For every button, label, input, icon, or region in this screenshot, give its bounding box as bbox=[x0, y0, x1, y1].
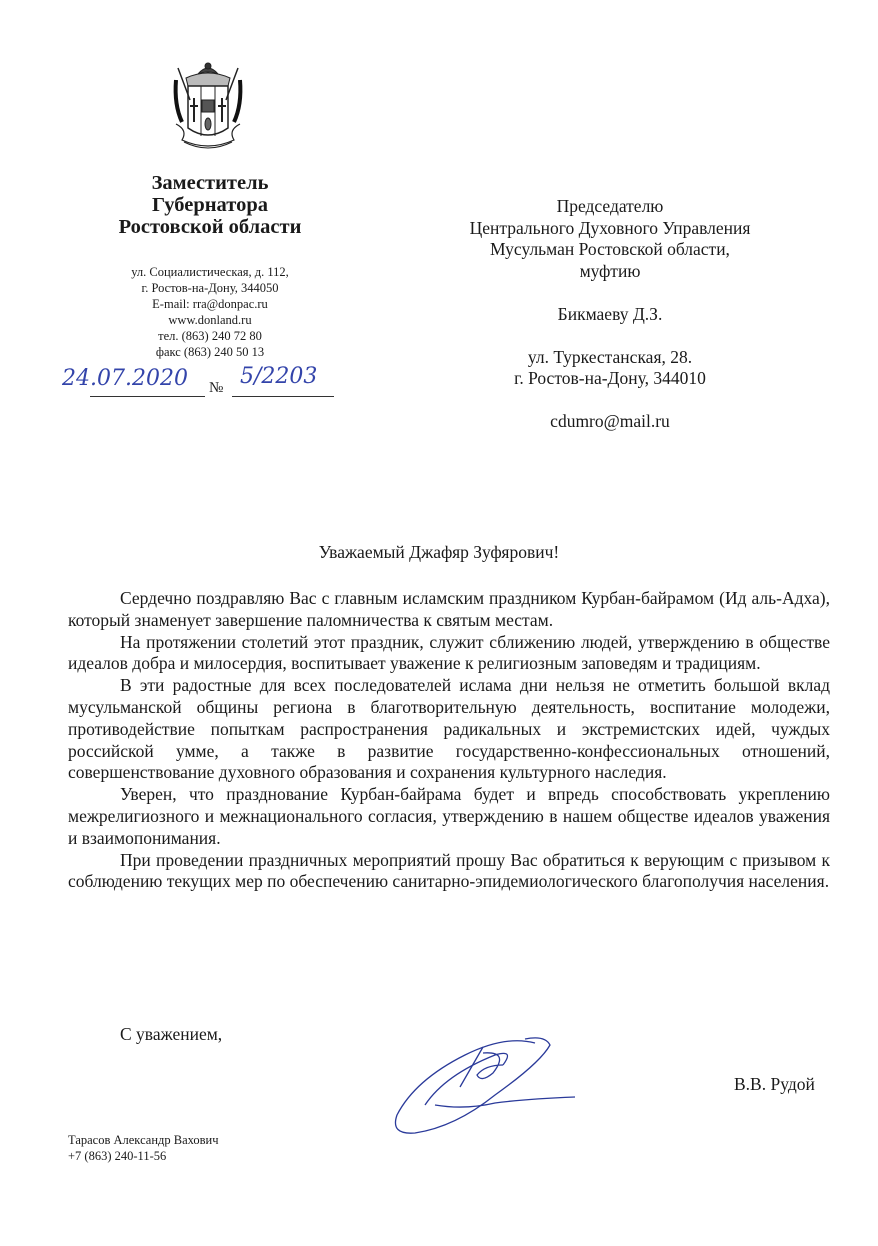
executor-name: Тарасов Александр Вахович bbox=[68, 1132, 219, 1148]
body-paragraph: Уверен, что празднование Курбан-байрама … bbox=[68, 784, 830, 849]
recipient-position-line: муфтию bbox=[410, 261, 810, 283]
sender-email: E-mail: rra@donpac.ru bbox=[60, 296, 360, 312]
handwritten-number: 5/2203 bbox=[240, 364, 317, 389]
executor-block: Тарасов Александр Вахович +7 (863) 240-1… bbox=[68, 1132, 219, 1164]
sender-website: www.donland.ru bbox=[60, 312, 360, 328]
recipient-position-line: Председателю bbox=[410, 196, 810, 218]
signature-icon bbox=[385, 1035, 585, 1145]
body-paragraph: Сердечно поздравляю Вас с главным исламс… bbox=[68, 588, 830, 632]
sender-title-line: Заместитель bbox=[60, 172, 360, 194]
letter-body: Сердечно поздравляю Вас с главным исламс… bbox=[68, 588, 830, 893]
handwritten-date: 24.07.2020 bbox=[62, 366, 188, 391]
body-paragraph: На протяжении столетий этот праздник, сл… bbox=[68, 632, 830, 676]
sender-title-line: Губернатора bbox=[60, 194, 360, 216]
sender-title: Заместитель Губернатора Ростовской облас… bbox=[60, 172, 360, 238]
body-paragraph: В эти радостные для всех последователей … bbox=[68, 675, 830, 784]
recipient-email: cdumro@mail.ru bbox=[410, 411, 810, 433]
closing: С уважением, bbox=[120, 1024, 222, 1045]
body-paragraph: При проведении праздничных мероприятий п… bbox=[68, 850, 830, 894]
recipient-address-line: ул. Туркестанская, 28. bbox=[410, 347, 810, 369]
recipient-name: Бикмаеву Д.З. bbox=[410, 304, 810, 326]
date-underline bbox=[90, 396, 205, 397]
recipient-address-line: г. Ростов-на-Дону, 344010 bbox=[410, 368, 810, 390]
sender-address-street: ул. Социалистическая, д. 112, bbox=[60, 264, 360, 280]
number-underline bbox=[232, 396, 334, 397]
salutation: Уважаемый Джафяр Зуфярович! bbox=[0, 542, 878, 563]
signer-name: В.В. Рудой bbox=[734, 1074, 815, 1095]
sender-fax: факс (863) 240 50 13 bbox=[60, 344, 360, 360]
sender-title-line: Ростовской области bbox=[60, 216, 360, 238]
sender-phone: тел. (863) 240 72 80 bbox=[60, 328, 360, 344]
registration-line: 24.07.2020 № 5/2203 bbox=[60, 362, 350, 412]
recipient-position-line: Мусульман Ростовской области, bbox=[410, 239, 810, 261]
recipient-block: Председателю Центрального Духовного Упра… bbox=[410, 196, 810, 433]
executor-phone: +7 (863) 240-11-56 bbox=[68, 1148, 219, 1164]
recipient-position-line: Центрального Духовного Управления bbox=[410, 218, 810, 240]
sender-contacts: ул. Социалистическая, д. 112, г. Ростов-… bbox=[60, 264, 360, 360]
sender-address-city: г. Ростов-на-Дону, 344050 bbox=[60, 280, 360, 296]
coat-of-arms-icon bbox=[168, 60, 248, 158]
number-sign: № bbox=[209, 380, 223, 397]
